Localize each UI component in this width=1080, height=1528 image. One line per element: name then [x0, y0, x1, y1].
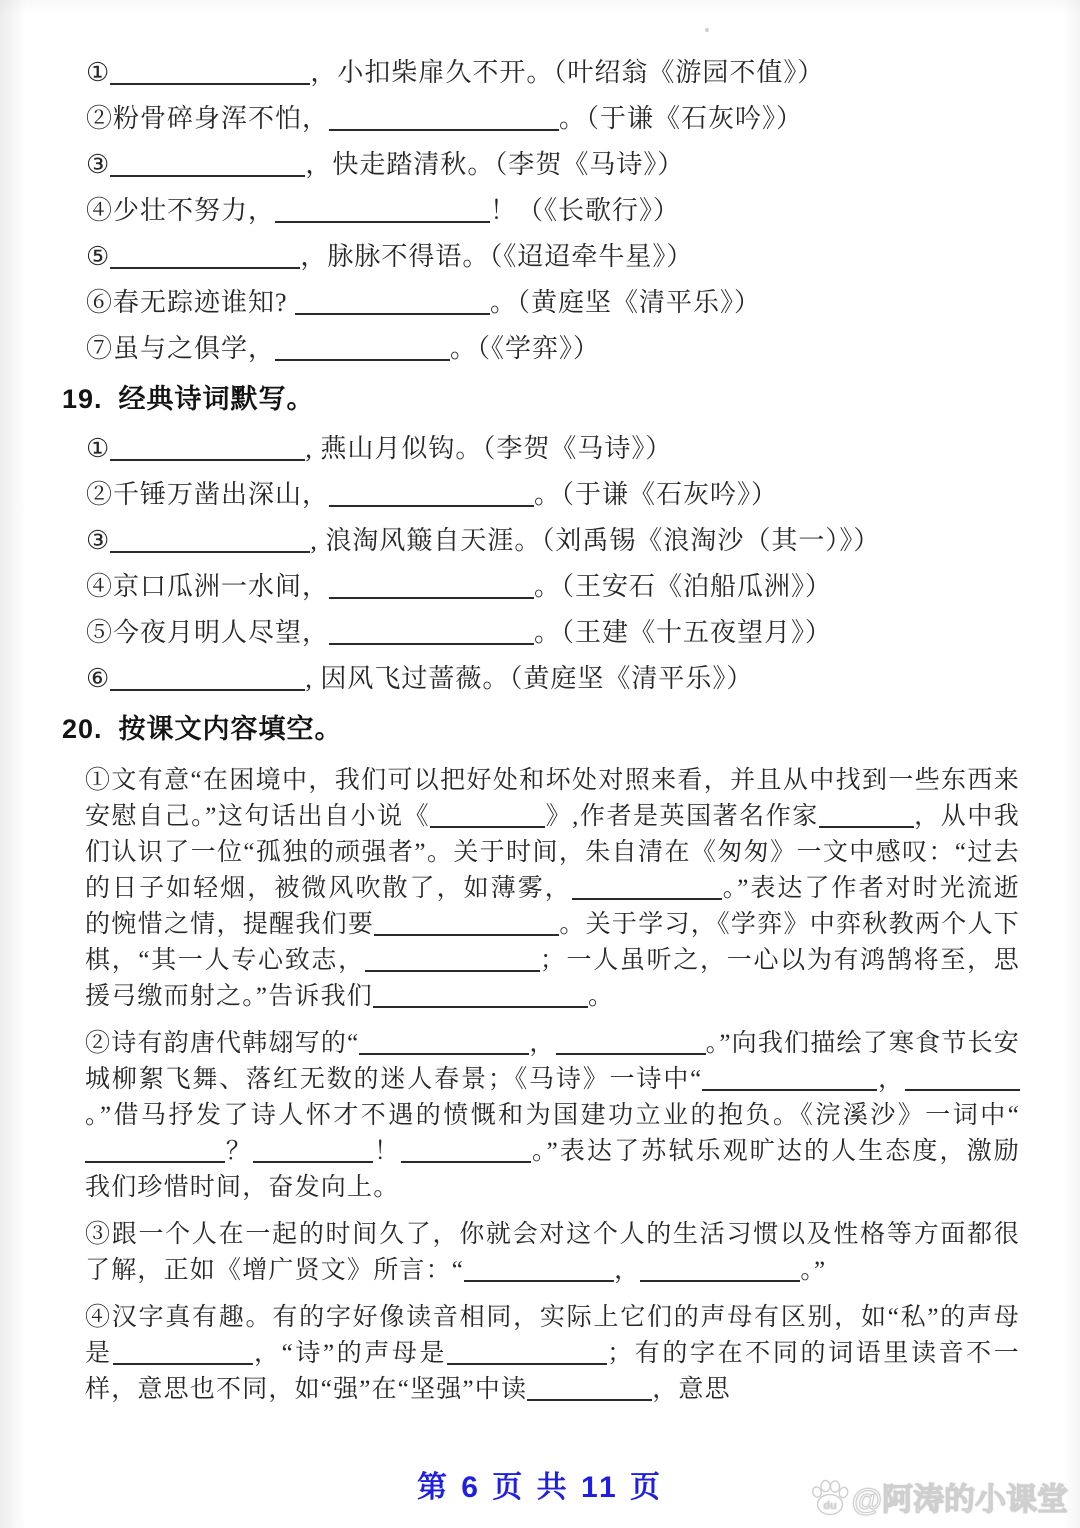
text-run: 。（于谦《石灰吟》） [534, 480, 778, 509]
answer-blank [374, 909, 559, 936]
text-run: ？ [225, 1138, 253, 1165]
text-run: ，小扣柴扉久不开。（叶绍翁《游园不值》） [310, 58, 824, 87]
scan-artifact-dot [705, 28, 709, 32]
text-run: ②诗有韵唐代韩翃写的“ [85, 1030, 359, 1057]
answer-blank [110, 662, 305, 691]
text-run: ，意思 [652, 1376, 731, 1403]
section-title: 按课文内容填空。 [119, 714, 343, 744]
section-title: 经典诗词默写。 [119, 384, 315, 414]
answer-blank [110, 56, 310, 85]
answer-blank [113, 1338, 253, 1365]
answer-blank [527, 1374, 652, 1401]
answer-blank [329, 570, 534, 599]
answer-blank [295, 286, 490, 315]
fill-in-line: ②千锤万凿出深山，。（于谦《石灰吟》） [62, 472, 1020, 518]
fill-in-paragraph: ①文有意“在困境中，我们可以把好处和坏处对照来看，并且从中找到一些东西来安慰自己… [62, 763, 1020, 1015]
answer-blank [329, 478, 534, 507]
text-run: 。（王安石《泊船瓜洲》） [534, 572, 832, 601]
text-run: 。（于谦《石灰吟》） [559, 104, 803, 133]
text-run: ！ [373, 1138, 401, 1165]
answer-blank [702, 1064, 877, 1091]
fill-in-line: ②粉骨碎身浑不怕，。（于谦《石灰吟》） [62, 96, 1020, 142]
answer-blank [329, 616, 534, 645]
text-run: ， [529, 1030, 555, 1057]
fill-in-paragraph: ②诗有韵唐代韩翃写的“，。”向我们描绘了寒食节长安城柳絮飞舞、落红无数的迷人春景… [62, 1026, 1020, 1206]
fill-in-paragraph: ③跟一个人在一起的时间久了，你就会对这个人的生活习惯以及性格等方面都很了解，正如… [62, 1217, 1020, 1289]
fill-in-paragraph: ④汉字真有趣。有的字好像读音相同，实际上它们的声母有区别，如“私”的声母是，“诗… [62, 1300, 1020, 1408]
answer-blank [253, 1136, 373, 1163]
answer-blank [85, 1136, 225, 1163]
text-run: ， [877, 1066, 905, 1093]
text-run: ⑤今夜月明人尽望， [86, 618, 329, 647]
text-run: ① [86, 58, 110, 87]
answer-blank [275, 332, 450, 361]
answer-blank [556, 1028, 706, 1055]
answer-blank [110, 524, 310, 553]
text-run: 。（王建《十五夜望月》） [534, 618, 832, 647]
answer-blank [110, 432, 305, 461]
text-run: ① [86, 434, 110, 463]
text-run: ③ [86, 526, 110, 555]
section-heading: 20.按课文内容填空。 [62, 706, 1020, 752]
answer-blank [447, 1338, 607, 1365]
text-run: ④京口瓜洲一水间， [86, 572, 329, 601]
answer-blank [329, 102, 559, 131]
watermark-handle: @阿涛的小课堂 [852, 1474, 1068, 1519]
text-run: ， [614, 1257, 640, 1284]
text-run: ⑤ [86, 242, 110, 271]
fill-in-line: ⑤今夜月明人尽望，。（王建《十五夜望月》） [62, 610, 1020, 656]
text-run: 。”借马抒发了诗人怀才不遇的愤慨和为国建功立业的抱负。《浣溪沙》一词中“ [85, 1102, 1020, 1129]
answer-blank [110, 240, 300, 269]
text-run: ，脉脉不得语。（《迢迢牵牛星》） [300, 242, 693, 271]
baidu-paw-icon: du [810, 1478, 850, 1516]
text-run: 》,作者是英国著名作家 [545, 803, 819, 830]
exam-content: ①，小扣柴扉久不开。（叶绍翁《游园不值》）②粉骨碎身浑不怕，。（于谦《石灰吟》）… [62, 50, 1020, 1408]
text-run: , 浪淘风簸自天涯。（刘禹锡《浪淘沙（其一）》） [310, 526, 880, 555]
text-run: ⑥春无踪迹谁知? [86, 288, 295, 317]
answer-blank [640, 1255, 800, 1282]
fill-in-line: ⑤，脉脉不得语。（《迢迢牵牛星》） [62, 234, 1020, 280]
fill-in-line: ③，快走踏清秋。（李贺《马诗》） [62, 142, 1020, 188]
text-run: 。（黄庭坚《清平乐》） [490, 288, 761, 317]
fill-in-line: ④少壮不努力，！（《长歌行》） [62, 188, 1020, 234]
watermark: du @阿涛的小课堂 [810, 1474, 1068, 1519]
paw-icon-label: du [823, 1500, 836, 1512]
fill-in-line: ③, 浪淘风簸自天涯。（刘禹锡《浪淘沙（其一）》） [62, 518, 1020, 564]
fill-in-line: ①, 燕山月似钩。（李贺《马诗》） [62, 426, 1020, 472]
section-heading: 19.经典诗词默写。 [62, 376, 1020, 422]
fill-in-line: ⑦虽与之俱学，。（《学弈》） [62, 326, 1020, 372]
text-run: ②千锤万凿出深山， [86, 480, 329, 509]
answer-blank [819, 801, 914, 828]
answer-blank [572, 873, 722, 900]
answer-blank [905, 1064, 1020, 1091]
text-run: ②粉骨碎身浑不怕， [86, 104, 329, 133]
text-run: 。（《学弈》） [450, 334, 600, 363]
answer-blank [110, 148, 305, 177]
text-run: ④少壮不努力， [86, 196, 275, 225]
fill-in-line: ⑥春无踪迹谁知? 。（黄庭坚《清平乐》） [62, 280, 1020, 326]
text-run: 。 [588, 983, 614, 1010]
text-run: ，快走踏清秋。（李贺《马诗》） [305, 150, 684, 179]
text-run: ⑦虽与之俱学， [86, 334, 275, 363]
text-run: ⑥ [86, 664, 110, 693]
text-run: ③ [86, 150, 110, 179]
section-number: 19. [62, 384, 103, 414]
answer-blank [430, 801, 545, 828]
answer-blank [275, 194, 490, 223]
fill-in-line: ⑥, 因风飞过蔷薇。（黄庭坚《清平乐》） [62, 656, 1020, 702]
answer-blank [464, 1255, 614, 1282]
fill-in-line: ④京口瓜洲一水间，。（王安石《泊船瓜洲》） [62, 564, 1020, 610]
answer-blank [359, 1028, 529, 1055]
section-number: 20. [62, 714, 103, 744]
text-run: 。” [800, 1257, 826, 1284]
text-run: , 燕山月似钩。（李贺《马诗》） [305, 434, 672, 463]
answer-blank [365, 945, 540, 972]
answer-blank [373, 981, 588, 1008]
text-run: , 因风飞过蔷薇。（黄庭坚《清平乐》） [305, 664, 753, 693]
fill-in-line: ①，小扣柴扉久不开。（叶绍翁《游园不值》） [62, 50, 1020, 96]
answer-blank [401, 1136, 531, 1163]
text-run: ，“诗”的声母是 [253, 1340, 448, 1367]
text-run: ！（《长歌行》） [490, 196, 680, 225]
